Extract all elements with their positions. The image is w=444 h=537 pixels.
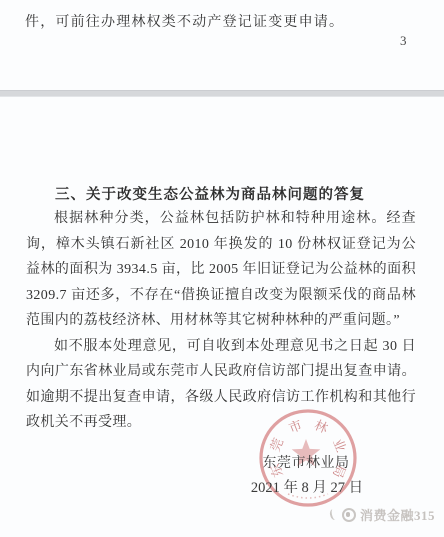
watermark: 消费金融315 [330,505,435,524]
watermark-text: 消费金融315 [360,505,435,524]
watermark-tick-icon [329,508,339,521]
paragraph-1: 根据林种分类，公益林包括防护林和特种用途林。经查询，樟木头镇石新社区 2010 … [26,206,416,334]
body-paragraphs: 根据林种分类，公益林包括防护林和特种用途林。经查询，樟木头镇石新社区 2010 … [26,206,416,436]
signature-org: 东莞市林业局 [250,452,362,472]
page-number: 3 [400,33,407,49]
signature-date: 2021 年 8 月 27 日 [232,476,382,497]
section-heading: 三、关于改变生态公益林为商品林问题的答复 [55,183,414,204]
document-page: 件，可前往办理林权类不动产登记证变更申请。 3 三、关于改变生态公益林为商品林问… [0,0,444,537]
page-break-divider [0,90,444,97]
prev-page-last-line: 件，可前往办理林权类不动产登记证变更申请。 [25,13,414,33]
seal-arc-char: 莞 [267,436,286,454]
seal-arc-char: 市 [286,417,304,436]
watermark-logo-icon [342,508,356,522]
seal-arc-char: 林 [312,417,330,436]
